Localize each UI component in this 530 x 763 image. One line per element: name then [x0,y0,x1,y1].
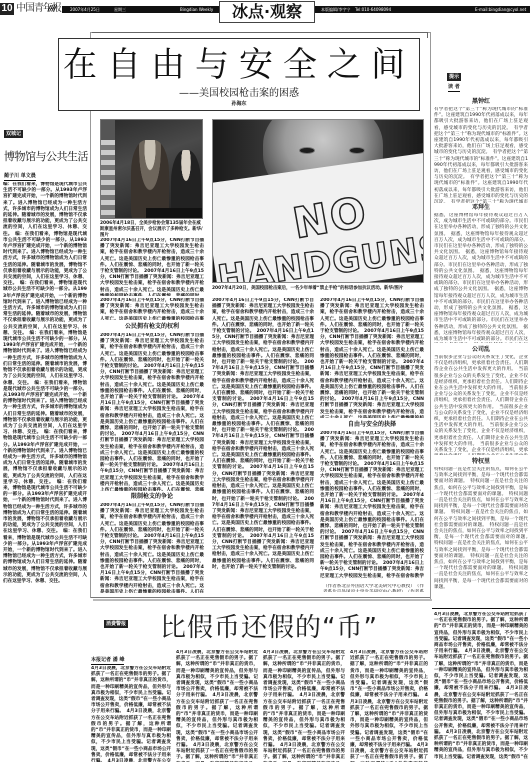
right-body-2: 据悉，这座博物馆每年接待观众超过百万人次，成为城市生活中不可或缺的部分。市民们在… [434,213,528,343]
right-body-3: 当前很多企业与公众的关系发生了变化，企业不仅是经济组织，更承担着社会责任。人们期… [434,355,528,455]
left-column-body: 编：在我们看来，博物馆是现代城市公共生活不可缺少的一部分。从1993年卢浮宫扩建… [3,182,87,760]
second-story-col2: 4月3日凌晨，北京警方在公交车站附近抓获了一名正在兜售假币的男子。据了解，这种所… [176,650,258,762]
masthead-bar-right: 本版编辑/李宇宁 Tel:010-64098094 E-mail:bingdia… [315,6,530,13]
frame-bottom-rule [91,597,430,598]
second-story-col4: 4月3日凌晨，北京警方在公交车站附近抓获了一名正在兜售假币的男子。据了解，这种所… [350,650,428,762]
right-head-4: 特权里 [434,457,528,466]
lead-end-note: （作者系北京外国语大学北美研究中心教授） （作者系北京外国语大学北美研究中心教授… [320,584,424,592]
masthead-bar-left: 2007年4月25日 星期三 Bingdian Weekly [62,6,220,13]
phone: Tel:010-64098094 [355,6,391,13]
photo-nra-convention [100,119,203,219]
email: E-mail:bingdian@cyol.net [475,6,526,13]
lead-byline: 孙海东 [59,100,419,108]
right-head-1: 黑钟红 [434,97,528,106]
second-story-byline: 本报记者 潘 峰 [91,657,124,665]
photo-podium [146,208,203,219]
section-head-debate: 限制枪支的争论 [100,492,204,501]
section-head-rights: 公民拥有枪支的权利 [100,322,204,331]
lead-body-col3-a: 2007年4月16日上午9点15分，CNN打断节目插播了突发新闻：弗吉尼亚理工大… [320,298,424,418]
lead-body-col1-b: 2007年4月16日上午9点15分，CNN打断节目插播了突发新闻：弗吉尼亚理工大… [100,333,204,491]
column-rule-left [90,32,91,598]
photo-left-caption: 2006年4月18日，全美步枪协会第135届年会在威斯康星州密尔沃基召开，会议展… [100,221,204,239]
right-head-3: 公司乱 [434,345,528,354]
right-column-divider [432,608,530,609]
lead-body-col1-c: 2007年4月16日上午9点15分，CNN打断节目插播了突发新闻：弗吉尼亚理工大… [100,503,204,593]
issue-weekday: 星期三 [114,6,126,13]
second-story-col1: 4月3日凌晨，北京警方在公交车站附近抓获了一名正在兜售假币的男子。据了解，这种所… [91,666,171,762]
second-story-title: 比假币还假的“币” [160,612,378,644]
column-rule-right [430,32,431,600]
issue-date: 2007年4月25日 [70,6,100,13]
editor: 本版编辑/李宇宁 [321,6,350,13]
right-column-continued: 4月3日凌晨，北京警方在公交车站附近抓获了一名正在兜售假币的男子。据了解，这种所… [434,612,528,760]
right-body-1: 有学者把这个“第三十”称为现代城市的“标准件”。这座建筑自1990年代初落成以来… [434,107,528,203]
photo-no-handguns-protest: NO HANDGUNS [212,119,424,283]
photo-eye-left [299,147,315,154]
section-head-choice: 自由与安全的抉择 [320,420,424,429]
second-story-tag: 消费警报 [104,620,128,628]
right-head-2: 邓拜生 [434,203,528,212]
english-name: Bingdian Weekly [180,6,213,13]
frame-shadow [93,599,432,601]
main-headline: 在自由与安全之间 [59,45,419,85]
flag-canton [101,120,115,140]
sign-text-line-1: NO [290,191,371,245]
right-column-tag: 提示 [447,73,461,81]
section-title: 冰点·观察 [219,1,315,23]
lead-body-col3-b: 2007年4月16日上午9点15分，CNN打断节目插播了突发新闻：弗吉尼亚理工大… [320,431,424,579]
photo-eye-right [349,147,365,154]
left-column-byline: 蔺子川 单文晨 [4,173,36,181]
lead-body-col2: 2007年4月16日上午9点15分，CNN打断节目插播了突发新闻：弗吉尼亚理工大… [212,298,314,594]
masthead-slashes: //// [48,4,56,14]
right-column-byline: 读 者 [448,84,460,92]
left-column-tag: 双城记 [4,130,23,138]
second-story-col3: 4月3日凌晨，北京警方在公交车站附近抓获了一名正在兜售假币的男子。据了解，这种所… [263,650,345,762]
masthead: 10 中国青年报 //// 2007年4月25日 星期三 Bingdian We… [0,0,530,30]
left-column-title: 博物馆与公共生活 [4,150,88,164]
page-number: 10 [0,3,14,15]
subheadline: ——美国校园枪击案的困惑 [59,87,419,100]
right-body-4: 特权问题一直是社会关注的焦点，如何在公平与效率之间找到平衡，是每一个现代社会都需… [434,467,528,597]
lead-body-col1-a: 2007年4月16日上午9点15分，CNN打断节目插播了突发新闻：弗吉尼亚理工大… [100,298,204,320]
photo-main-caption: 2007年4月20日，美国校园枪击案后，一名少年举着“禁止手枪”的标语参加抗议活… [212,286,424,292]
lead-intro: 2007年4月16日上午9点15分，CNN打断节目插播了突发新闻：弗吉尼亚理工大… [100,238,204,296]
headline-box: 在自由与安全之间 ——美国校园枪击案的困惑 孙海东 [58,38,420,111]
